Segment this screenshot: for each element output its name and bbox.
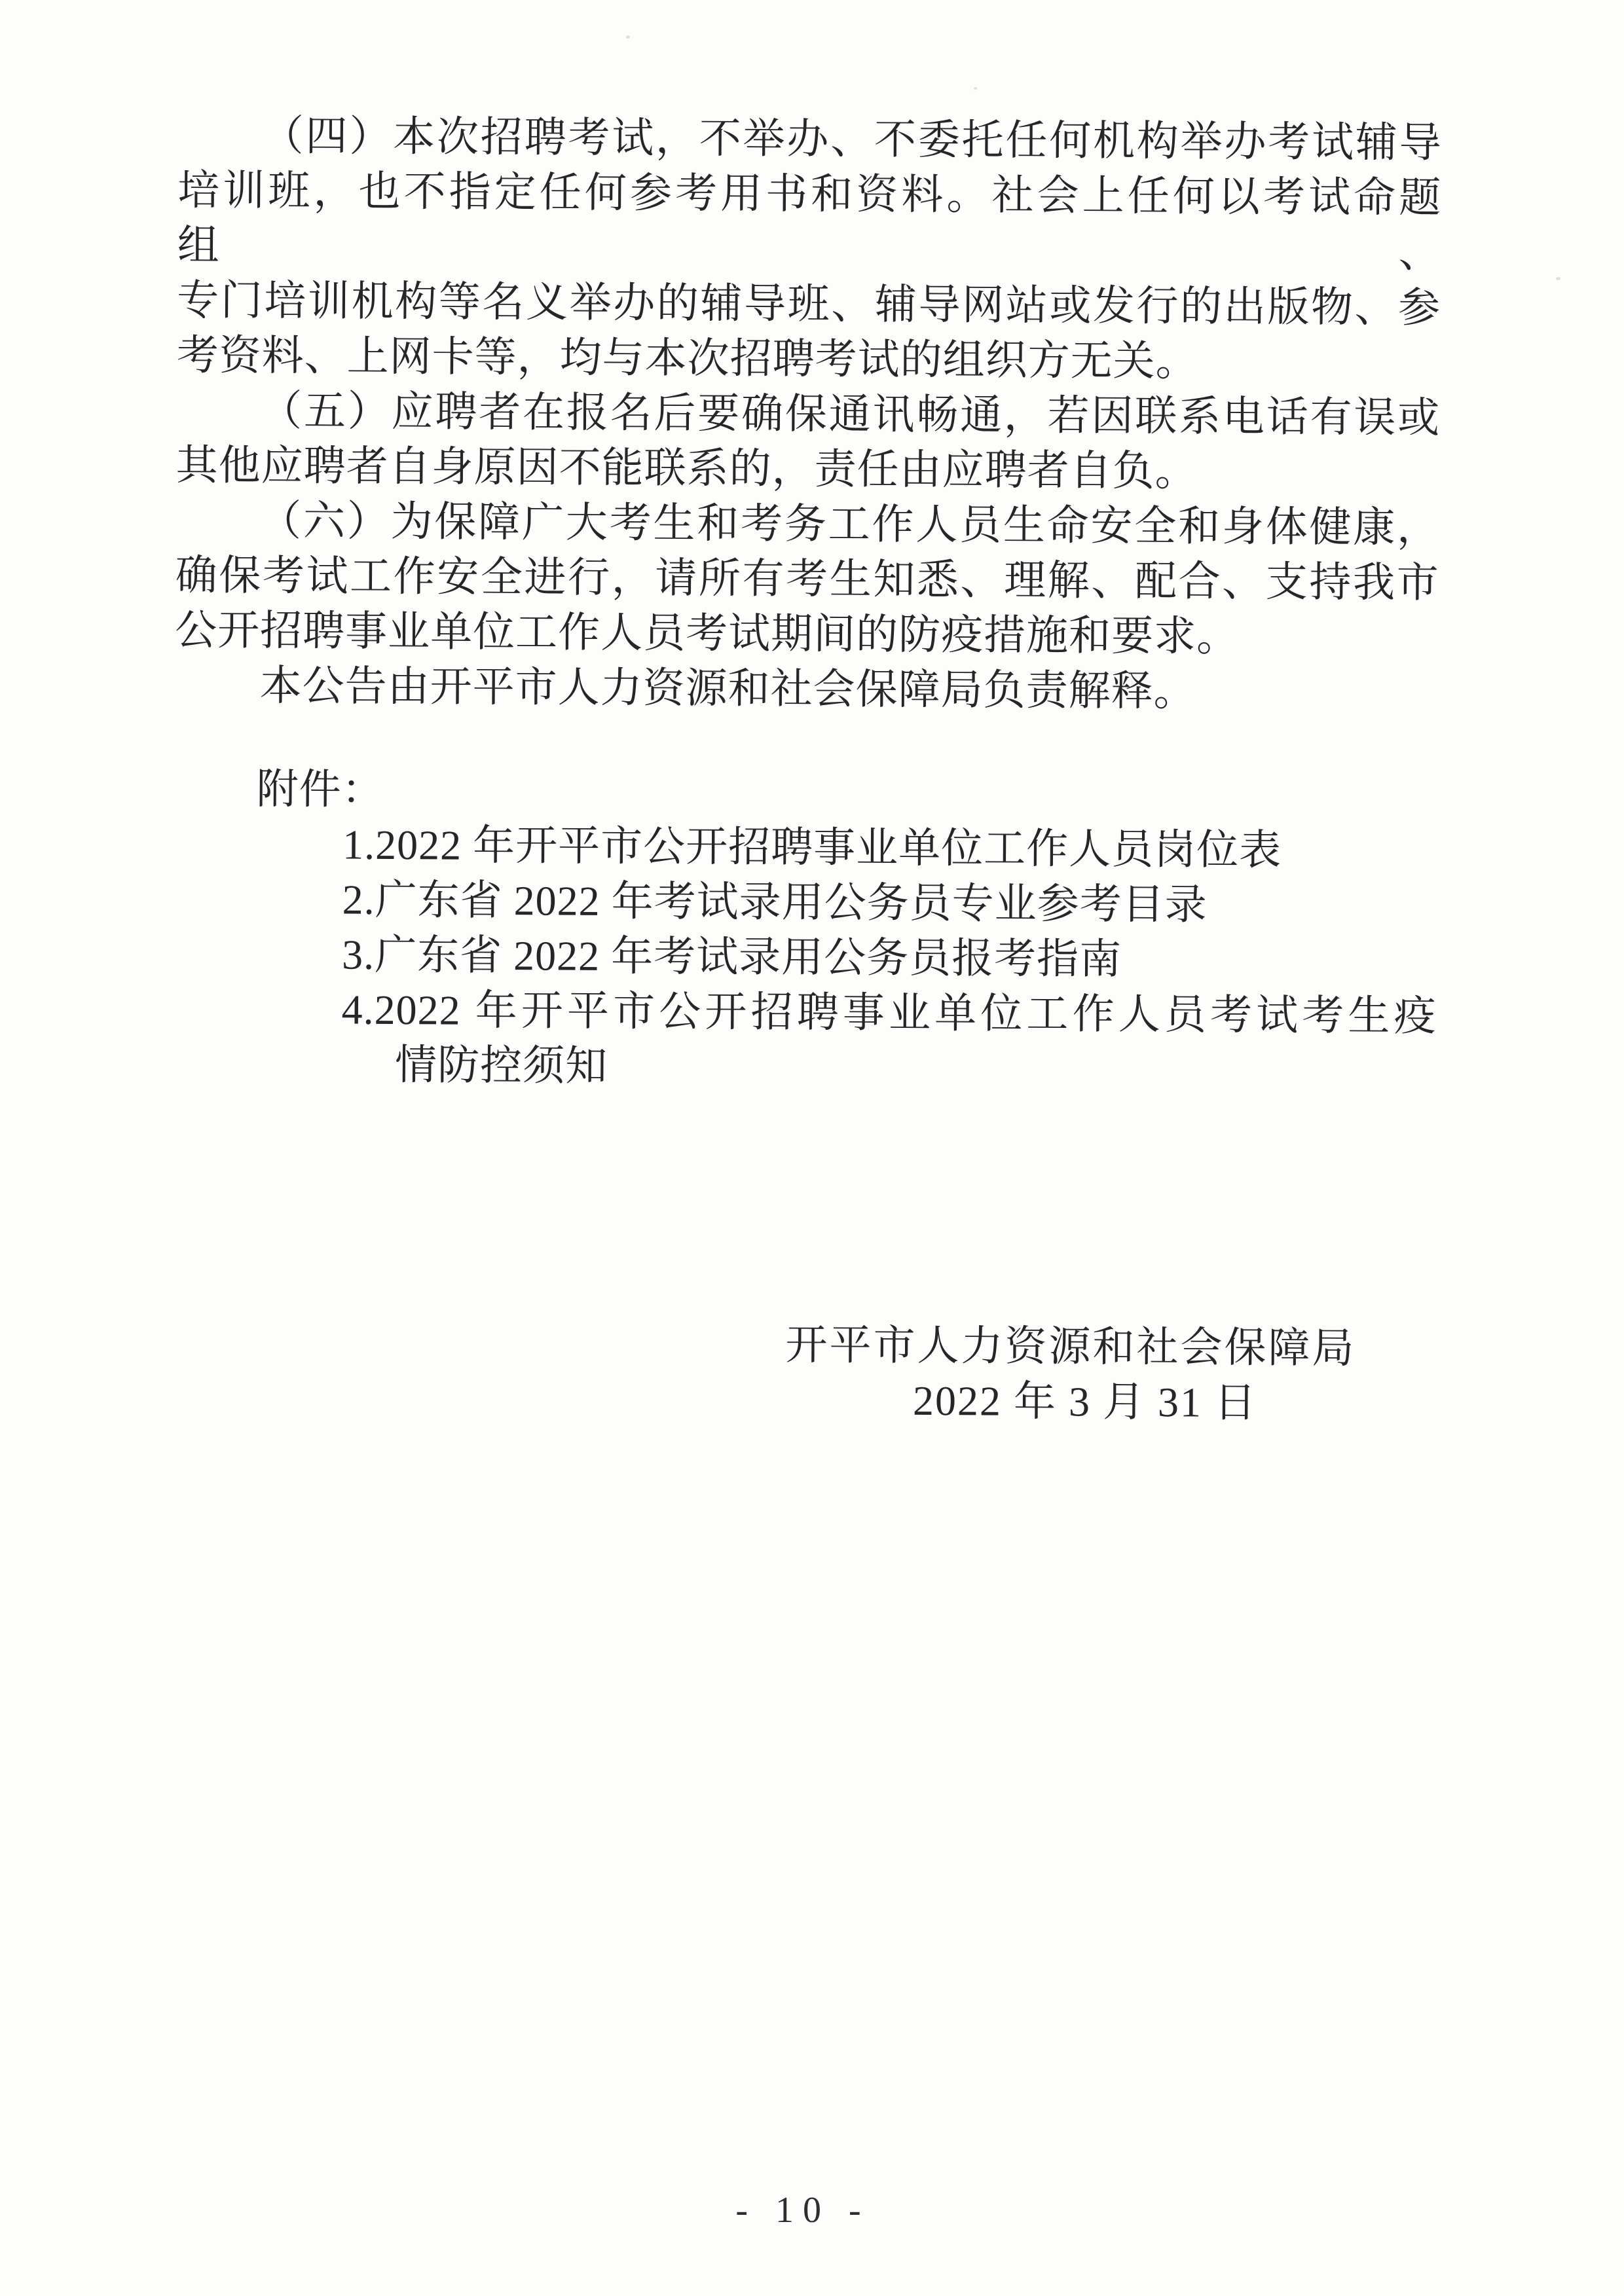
- signature-block: 开平市人力资源和社会保障局 2022 年 3 月 31 日: [170, 1314, 1435, 1432]
- signature-organization: 开平市人力资源和社会保障局: [170, 1314, 1434, 1377]
- scan-speck: [974, 87, 977, 90]
- paragraph-4-line-2: 培训班，也不指定任何参考用书和资料。社会上任何以考试命题组、: [177, 163, 1441, 281]
- paragraph-4-line-1: （四）本次招聘考试，不举办、不委托任何机构举办考试辅导: [177, 108, 1441, 171]
- document-content: （四）本次招聘考试，不举办、不委托任何机构举办考试辅导 培训班，也不指定任何参考…: [170, 108, 1442, 1432]
- scan-speck: [1556, 277, 1560, 280]
- paragraph-6-line-2: 确保考试工作安全进行，请所有考生知悉、理解、配合、支持我市: [175, 548, 1439, 611]
- attachment-item-2: 2.广东省 2022 年考试录用公务员专业参考目录: [173, 871, 1437, 934]
- attachment-item-4: 4.2022 年开平市公开招聘事业单位工作人员考试考生疫: [172, 981, 1436, 1044]
- signature-date: 2022 年 3 月 31 日: [170, 1369, 1434, 1432]
- page-number: - 10 -: [0, 2183, 1606, 2238]
- attachment-item-3: 3.广东省 2022 年考试录用公务员报考指南: [173, 926, 1437, 989]
- paragraph-5-line-1: （五）应聘者在报名后要确保通讯畅通，若因联系电话有误或: [176, 383, 1440, 446]
- paragraph-6-line-1: （六）为保障广大考生和考务工作人员生命安全和身体健康，: [175, 493, 1439, 556]
- paragraph-5-line-2: 其他应聘者自身原因不能联系的，责任由应聘者自负。: [175, 438, 1439, 501]
- paragraph-4-line-3: 专门培训机构等名义举办的辅导班、辅导网站或发行的出版物、参: [177, 273, 1441, 336]
- attachment-item-1: 1.2022 年开平市公开招聘事业单位工作人员岗位表: [174, 816, 1437, 879]
- attachments-label: 附件：: [174, 761, 1437, 824]
- document-page: （四）本次招聘考试，不举办、不委托任何机构举办考试辅导 培训班，也不指定任何参考…: [0, 0, 1624, 2296]
- attachment-item-4-wrap: 情防控须知: [172, 1036, 1436, 1099]
- paragraph-4-line-4: 考资料、上网卡等，均与本次招聘考试的组织方无关。: [176, 328, 1440, 391]
- scan-speck: [626, 35, 630, 39]
- paragraph-6-line-3: 公开招聘事业单位工作人员考试期间的防疫措施和要求。: [175, 603, 1439, 666]
- closing-statement: 本公告由开平市人力资源和社会保障局负责解释。: [174, 658, 1438, 721]
